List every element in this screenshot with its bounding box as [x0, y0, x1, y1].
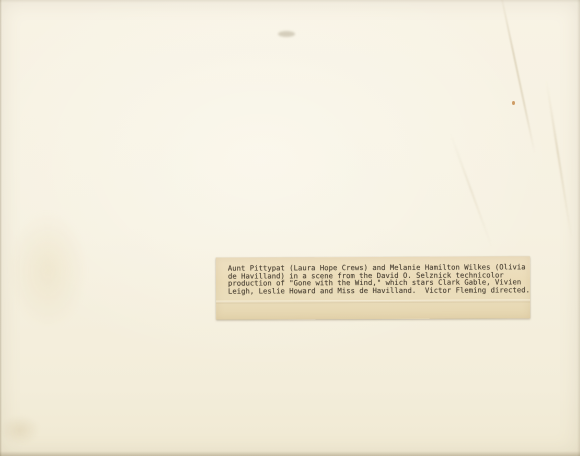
caption-line: Leigh, Leslie Howard and Miss de Havilla… — [228, 286, 530, 295]
caption-label: Aunt Pittypat (Laura Hope Crews) and Mel… — [216, 256, 530, 319]
photo-edge-top — [0, 0, 580, 3]
photo-edge-left — [0, 0, 2, 456]
photo-edge-bottom — [0, 451, 580, 456]
paper-stain-patch — [8, 210, 88, 330]
paper-stain-patch-bottom — [0, 415, 40, 445]
photo-verso-paper: Aunt Pittypat (Laura Hope Crews) and Mel… — [0, 0, 580, 456]
fold-crease-mark — [498, 0, 535, 153]
fold-crease-mark — [545, 81, 572, 239]
stain-dot — [512, 101, 515, 105]
pencil-smudge-mark — [278, 31, 295, 37]
fold-crease-mark — [450, 133, 492, 246]
